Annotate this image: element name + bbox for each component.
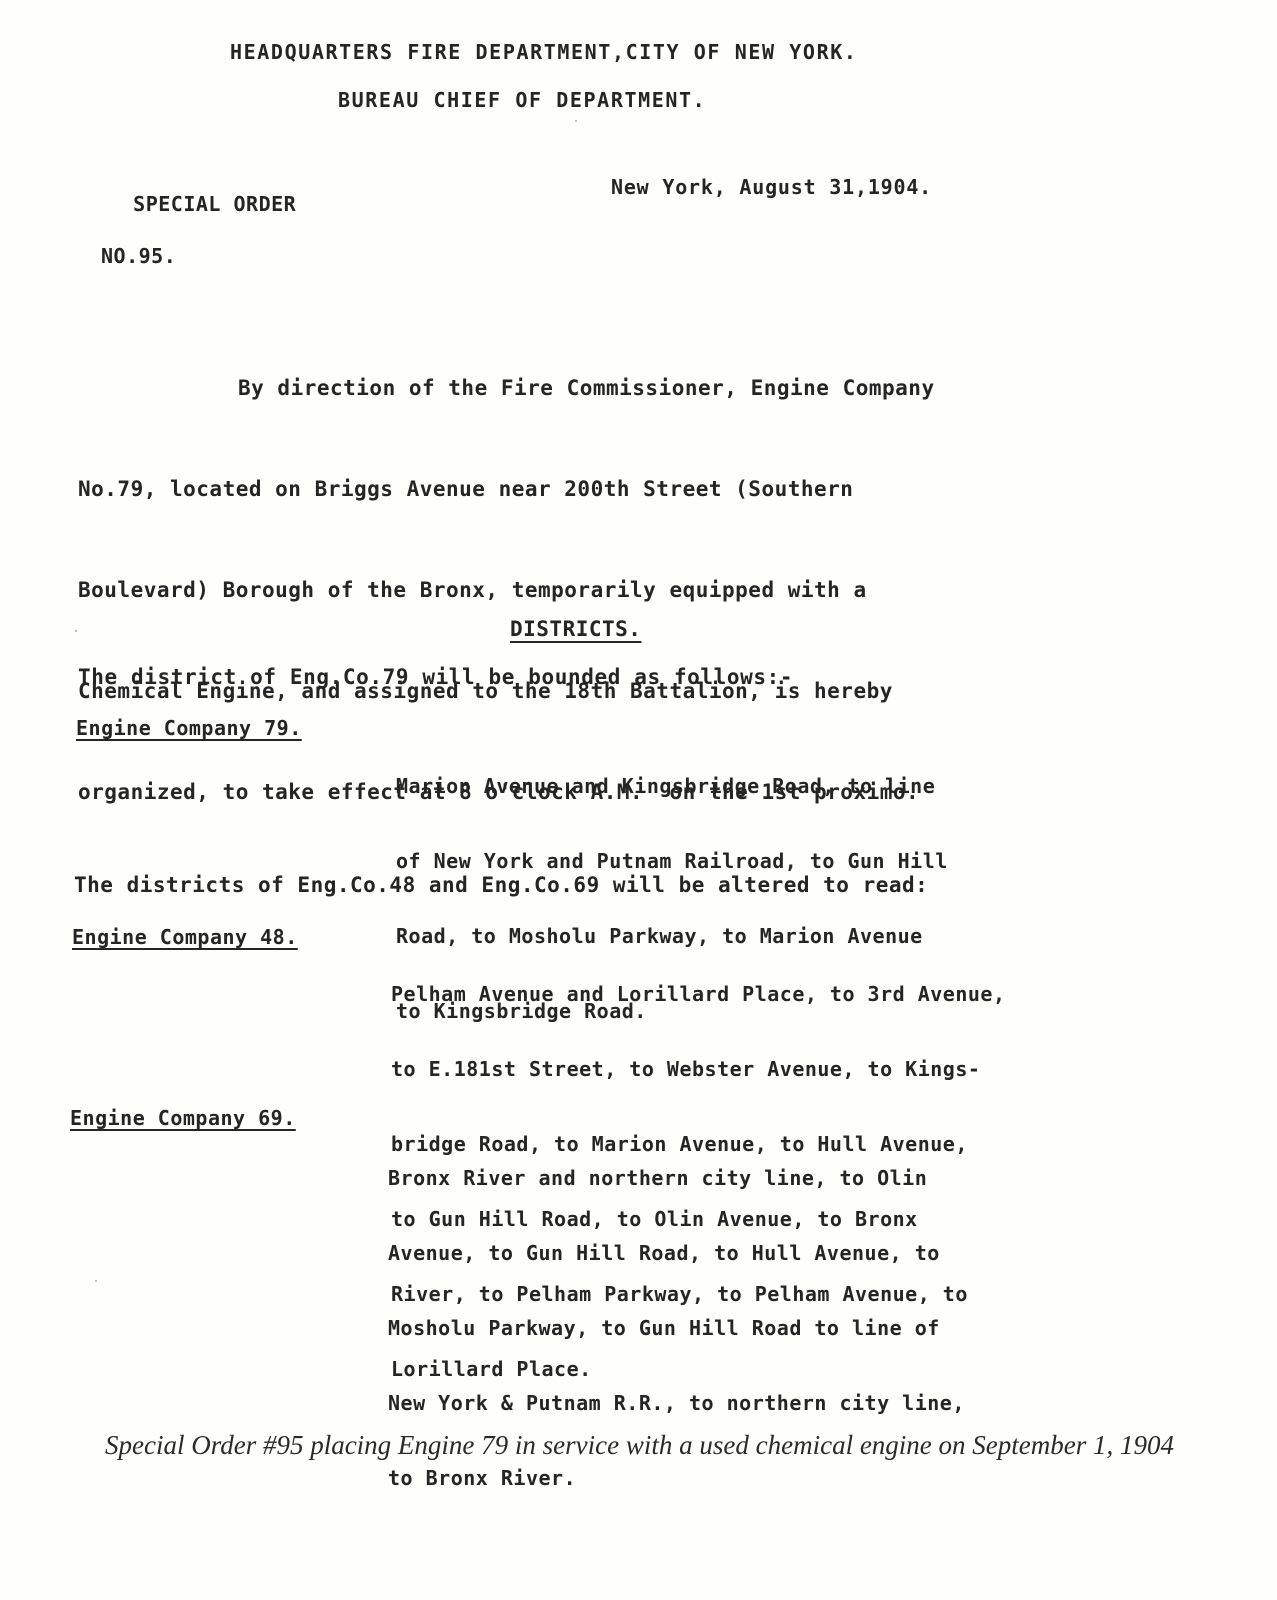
entry-line: New York & Putnam R.R., to northern city… [388, 1391, 965, 1416]
scan-speck [960, 1290, 962, 1292]
special-order-block: SPECIAL ORDER NO.95. [83, 165, 296, 321]
entry-line: Marion Avenue and Kingsbridge Road, to l… [396, 774, 948, 799]
image-caption: Special Order #95 placing Engine 79 in s… [12, 1430, 1267, 1461]
entry-line: Bronx River and northern city line, to O… [388, 1166, 965, 1191]
entry-text-engine-69: Bronx River and northern city line, to O… [388, 1116, 965, 1541]
special-order-label: SPECIAL ORDER [133, 192, 296, 216]
district-79-intro: The district of Eng.Co.79 will be bounde… [78, 665, 793, 689]
district-48-69-intro: The districts of Eng.Co.48 and Eng.Co.69… [74, 873, 928, 897]
order-date: New York, August 31,1904. [611, 175, 932, 199]
entry-label-engine-48: Engine Company 48. [72, 925, 298, 949]
districts-heading: DISTRICTS. [510, 617, 641, 641]
scan-speck [95, 1280, 97, 1282]
body-line: By direction of the Fire Commissioner, E… [78, 373, 1118, 426]
scan-speck [75, 630, 77, 632]
scan-speck [575, 120, 577, 122]
entry-line: Avenue, to Gun Hill Road, to Hull Avenue… [388, 1241, 965, 1266]
entry-line: Pelham Avenue and Lorillard Place, to 3r… [391, 982, 1006, 1007]
scan-speck [860, 588, 862, 590]
entry-line: to E.181st Street, to Webster Avenue, to… [391, 1057, 1006, 1082]
entry-line: to Bronx River. [388, 1466, 965, 1491]
entry-line: Mosholu Parkway, to Gun Hill Road to lin… [388, 1316, 965, 1341]
entry-line: of New York and Putnam Railroad, to Gun … [396, 849, 948, 874]
entry-label-engine-79: Engine Company 79. [76, 716, 302, 740]
header-subtitle: BUREAU CHIEF OF DEPARTMENT. [338, 88, 706, 112]
special-order-number: NO.95. [83, 243, 296, 269]
body-line: No.79, located on Briggs Avenue near 200… [78, 474, 1118, 527]
entry-label-engine-69: Engine Company 69. [70, 1106, 296, 1130]
header-title: HEADQUARTERS FIRE DEPARTMENT,CITY OF NEW… [230, 40, 858, 64]
